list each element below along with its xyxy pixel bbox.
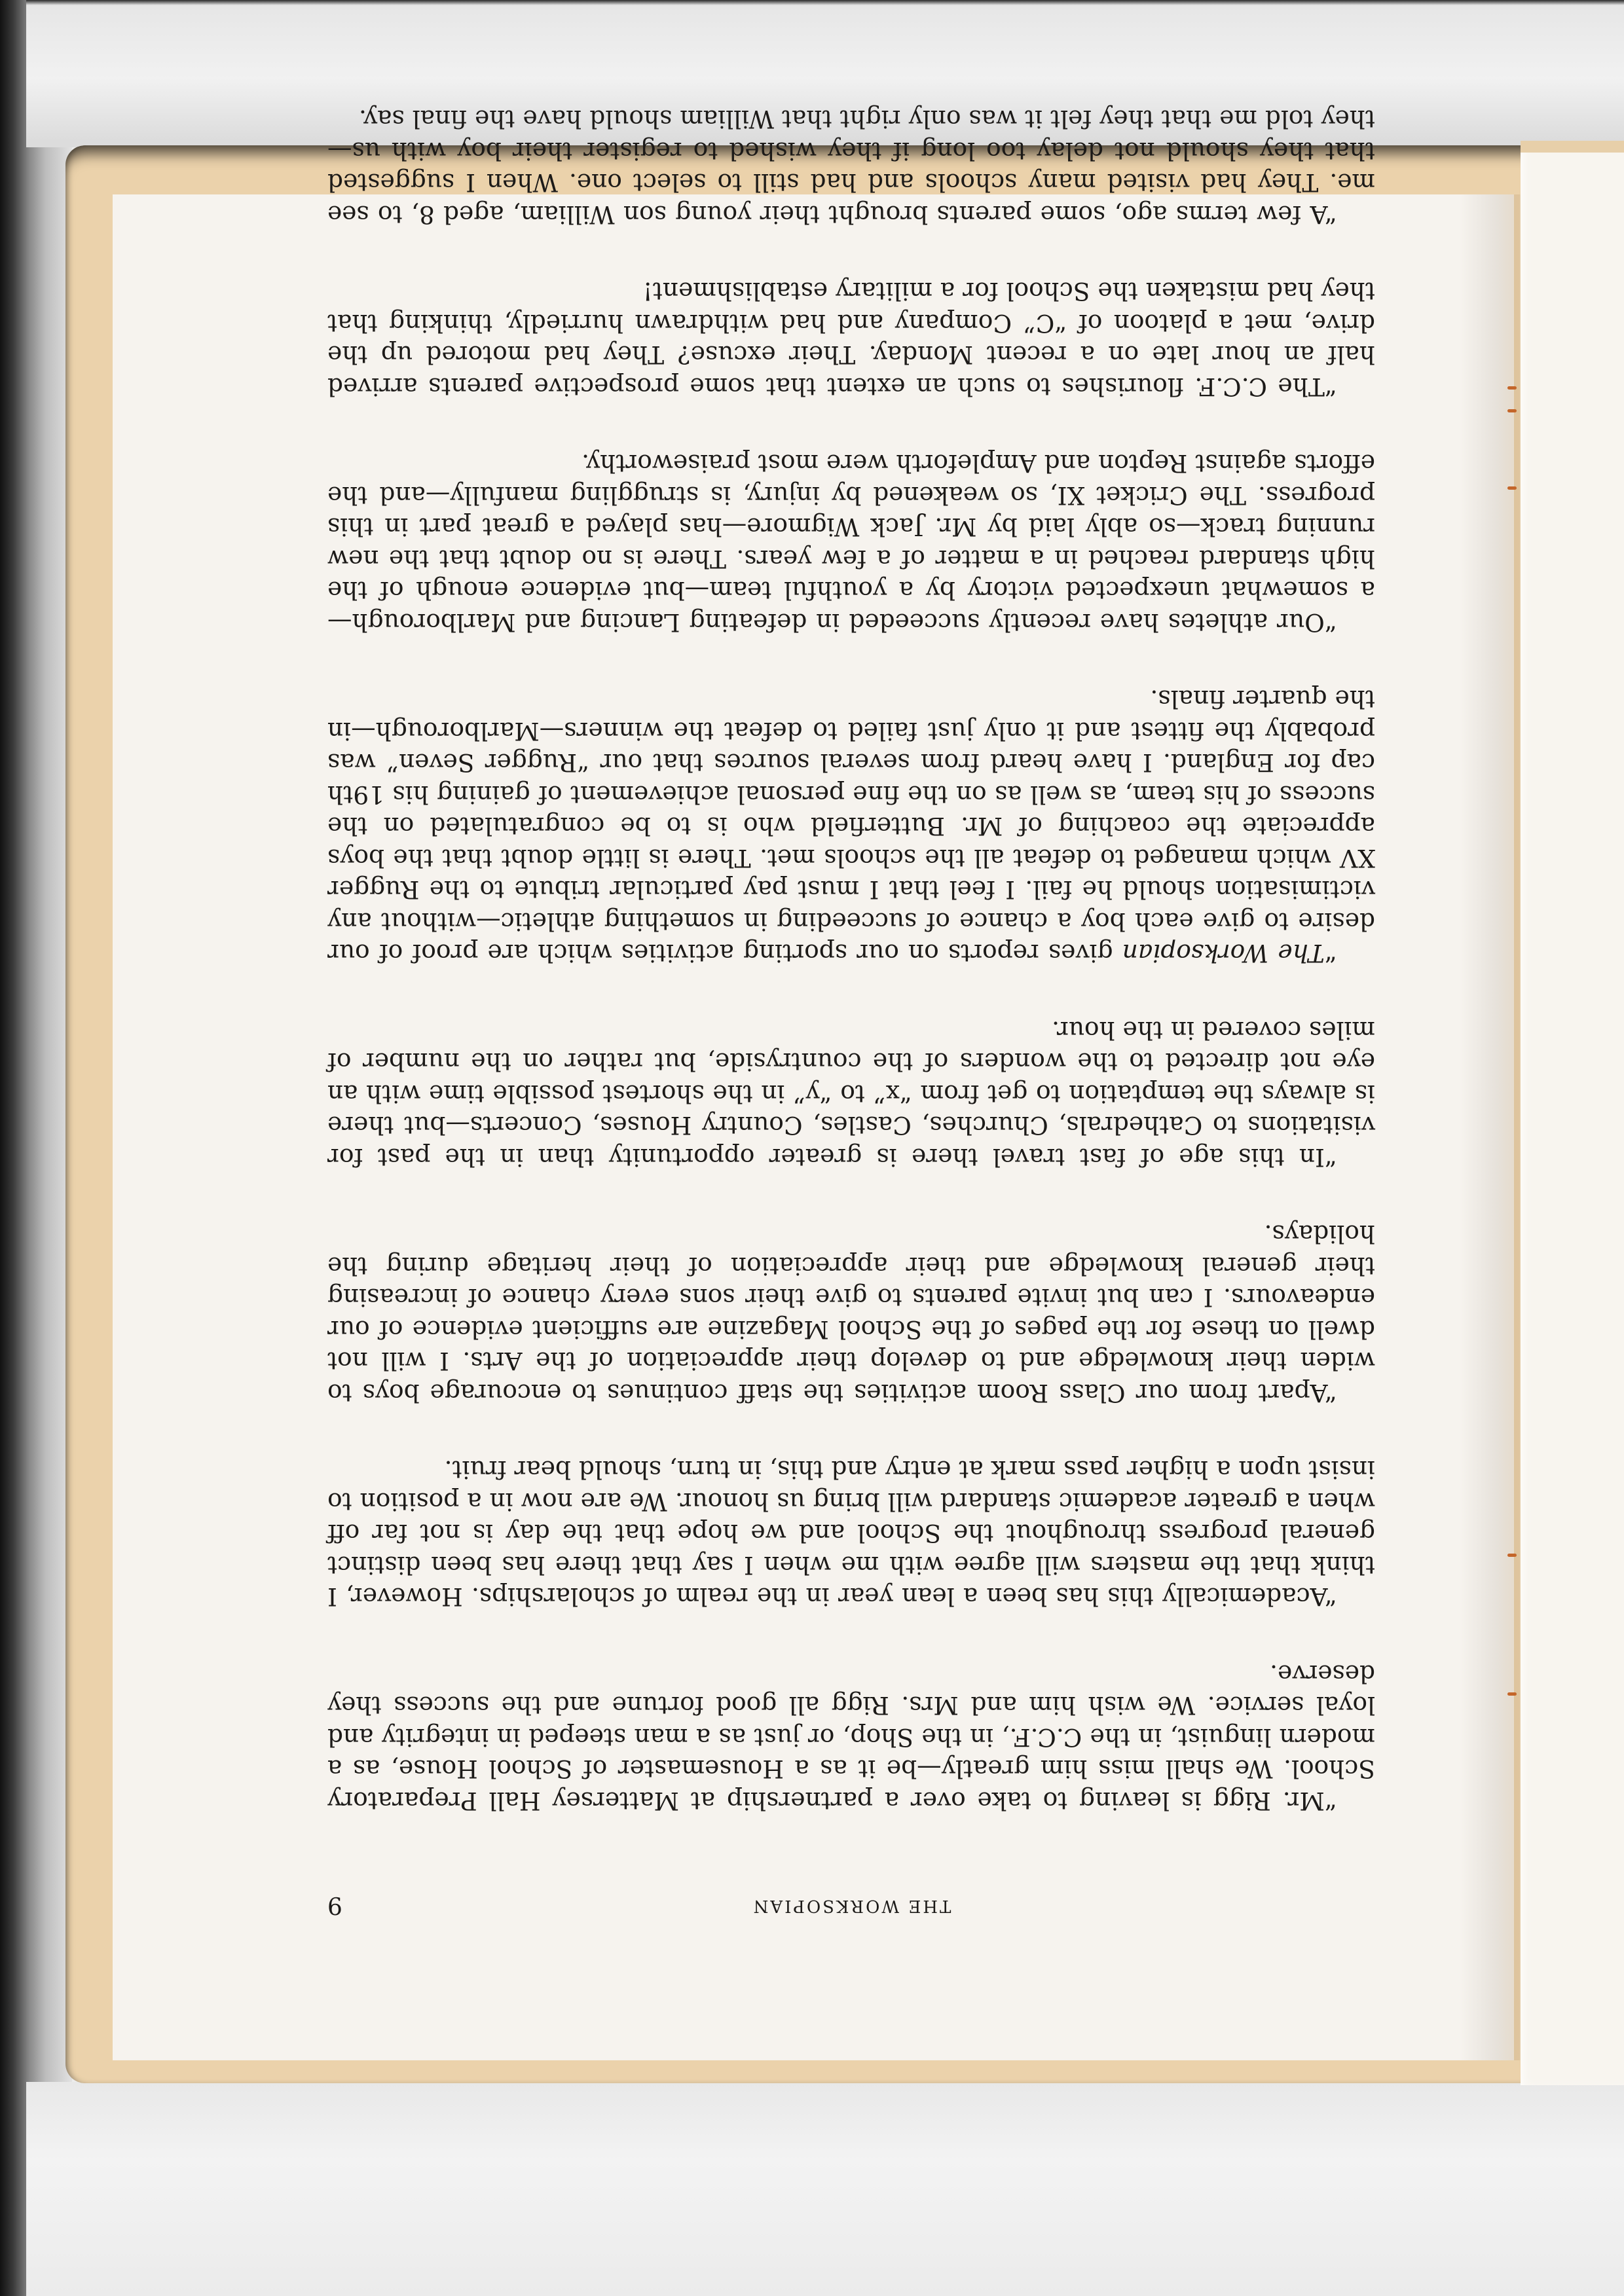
facing-page-cover-edge (1521, 141, 1624, 153)
paragraph-william-anecdote: “A few terms ago, some parents brought t… (327, 103, 1375, 230)
running-title: THE WORKSOPIAN (327, 1896, 1375, 1916)
paragraph-fast-travel: “In this age of fast travel there is gre… (327, 1015, 1375, 1174)
facing-page-edge (1521, 141, 1624, 2085)
page-number: 9 (327, 1891, 342, 1918)
staple-rust-mark (1507, 409, 1517, 412)
scanner-background-bottom (26, 2082, 1624, 2296)
paragraph-athletes: “Our athletes have recently succeeded in… (327, 448, 1375, 638)
page-gutter-shadow (1460, 194, 1526, 2060)
paragraph-body: gives reports on our sporting activities… (327, 685, 1375, 968)
paragraph-sporting-activities: “The Worksopian gives reports on our spo… (327, 683, 1375, 970)
paragraph-apart-from-class-room: “Apart from our Class Room activities th… (327, 1218, 1375, 1409)
magazine-title-italic: The Worksopian (1122, 939, 1325, 968)
staple-rust-mark (1507, 1554, 1517, 1557)
running-head: THE WORKSOPIAN 9 (327, 1879, 1375, 1918)
staple-rust-mark (1507, 386, 1517, 390)
staple-rust-mark (1507, 486, 1517, 490)
paragraph-ccf: “The C.C.F. flourishes to such an extent… (327, 276, 1375, 403)
paragraph-mr-rigg: “Mr. Rigg is leaving to take over a part… (327, 1658, 1375, 1817)
page-text-block-upside-down: THE WORKSOPIAN 9 “Mr. Rigg is leaving to… (327, 419, 1375, 1918)
quote-mark: “ (1325, 939, 1337, 968)
paragraph-academically: “Academically this has been a lean year … (327, 1454, 1375, 1613)
scanner-edge-shadow (0, 0, 72, 2296)
staple-rust-mark (1507, 1692, 1517, 1696)
